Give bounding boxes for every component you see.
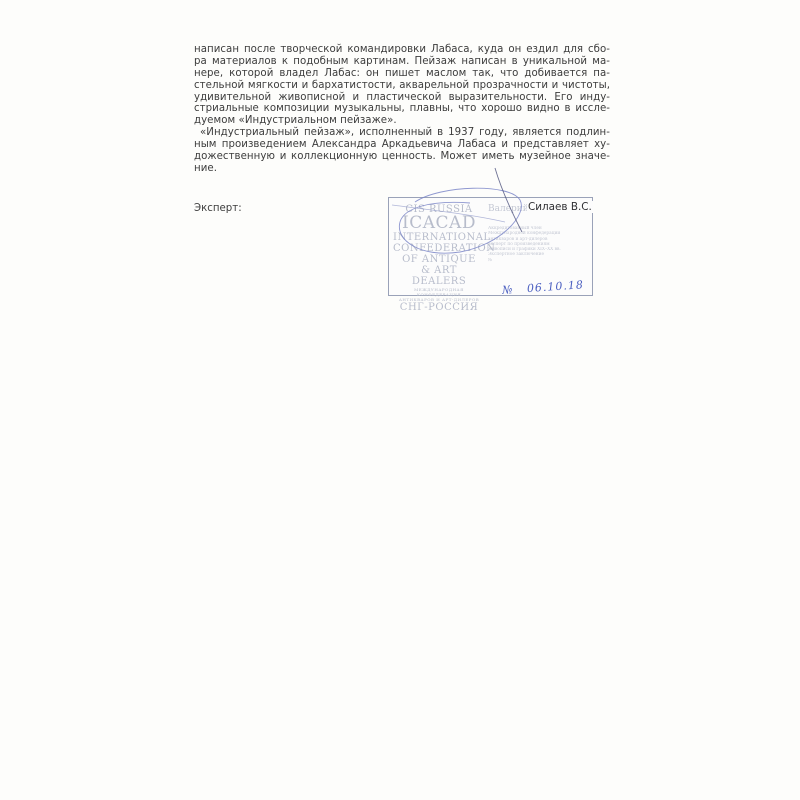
- text-line: написан после творческой командировки Ла…: [194, 44, 610, 56]
- stamp-line: CONFEDERATION: [393, 243, 485, 254]
- text-line: дожественную и коллекционную ценность. М…: [194, 151, 610, 163]
- text-line: «Индустриальный пейзаж», исполненный в 1…: [194, 127, 610, 139]
- document-page: написан после творческой командировки Ла…: [0, 0, 800, 800]
- text-line: ра материалов к подобным картинам. Пейза…: [194, 56, 610, 68]
- text-line: дуемом «Индустриальном пейзаже».: [194, 115, 610, 127]
- expert-label: Эксперт:: [194, 203, 242, 214]
- stamp-line: OF ANTIQUE: [393, 254, 485, 265]
- text-line: стельной мягкости и бархатистости, аквар…: [194, 80, 610, 92]
- stamp-logo: ICACAD: [393, 215, 485, 232]
- stamp-line: МЕЖДУНАРОДНАЯ КОНФЕДЕРАЦИЯ: [393, 287, 485, 297]
- text-line: нере, которой владел Лабас: он пишет мас…: [194, 68, 610, 80]
- stamp-line: №: [488, 258, 590, 263]
- stamp-logo-block: CIS RUSSIA ICACAD INTERNATIONAL CONFEDER…: [393, 204, 485, 313]
- text-line: ным произведением Александра Аркадьевича…: [194, 139, 610, 151]
- stamp-line: & ART DEALERS: [393, 265, 485, 287]
- stamp-line: СНГ-РОССИЯ: [393, 302, 485, 313]
- text-line: ние.: [194, 163, 610, 175]
- stamp-line: INTERNATIONAL: [393, 232, 485, 243]
- handwritten-number: №: [502, 283, 514, 297]
- text-line: удивительной живописной и пластической в…: [194, 92, 610, 104]
- signer-name: Силаев В.С.: [527, 201, 593, 213]
- conclusion-text: написан после творческой командировки Ла…: [194, 44, 610, 175]
- text-line: стриальные композиции музыкальны, плавны…: [194, 103, 610, 115]
